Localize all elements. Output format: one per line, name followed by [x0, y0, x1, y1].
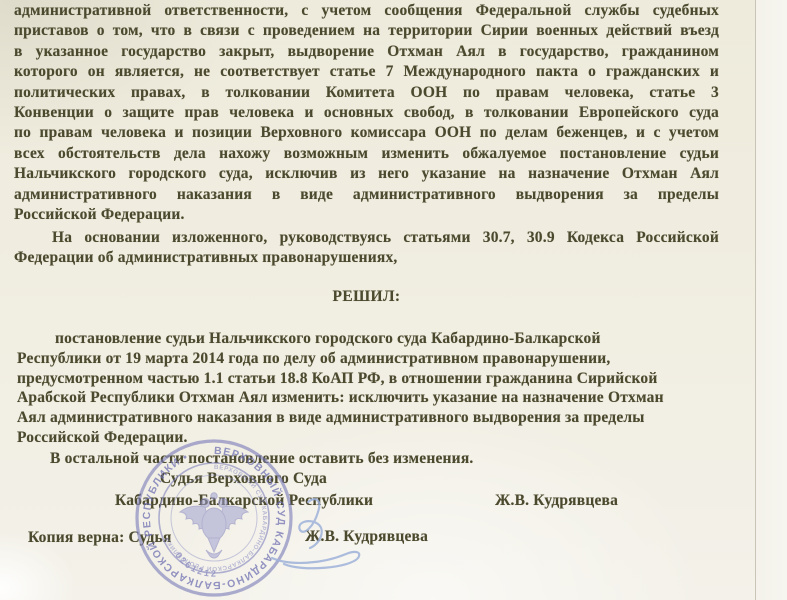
paragraph-legal-basis: На основании изложенного, руководствуясь…	[14, 228, 719, 267]
text-line: по правам человека и позиции Верховного …	[14, 123, 719, 143]
text-line: Аял административного наказания в виде а…	[17, 408, 722, 428]
judge-name: Ж.В. Кудрявцева	[495, 492, 618, 510]
decision-heading: РЕШИЛ:	[14, 288, 719, 306]
text-line: которого он является, не соответствует с…	[14, 62, 719, 82]
eagle-emblem	[180, 493, 248, 558]
handwritten-signature	[262, 492, 372, 584]
text-line: в указанное государство закрыт, выдворен…	[14, 42, 719, 62]
paragraph-reasoning: административной ответственности, с учет…	[14, 1, 719, 225]
text-line: Нальчикского городского суда, исключив и…	[14, 164, 719, 184]
text-line: административной ответственности, с учет…	[14, 1, 719, 21]
text-line: Российской Федерации.	[17, 428, 722, 448]
scan-edge-strip	[755, 0, 787, 600]
text-line: Республики от 19 марта 2014 года по делу…	[17, 349, 722, 369]
scanned-court-ruling-page: административной ответственности, с учет…	[0, 0, 787, 600]
text-line: Федерации об административных правонаруш…	[14, 248, 719, 268]
text-line: Арабской Республики Отхман Аял изменить:…	[17, 388, 722, 408]
text-line: Конвенции о защите прав человека и основ…	[14, 103, 719, 123]
text-line: постановление судьи Нальчикского городск…	[17, 329, 722, 349]
text-line: предусмотренном частью 1.1 статьи 18.8 К…	[17, 369, 722, 389]
paragraph-decision: постановление судьи Нальчикского городск…	[17, 329, 722, 448]
text-line: Российской Федерации.	[14, 205, 719, 225]
text-line: политических правах, в толковании Комите…	[14, 83, 719, 103]
text-line: всех обстоятельств дела нахожу возможным…	[14, 144, 719, 164]
text-line: приставов о том, что в связи с проведени…	[14, 21, 719, 41]
text-line: На основании изложенного, руководствуясь…	[14, 228, 719, 248]
text-line: административного наказания в виде админ…	[14, 185, 719, 205]
